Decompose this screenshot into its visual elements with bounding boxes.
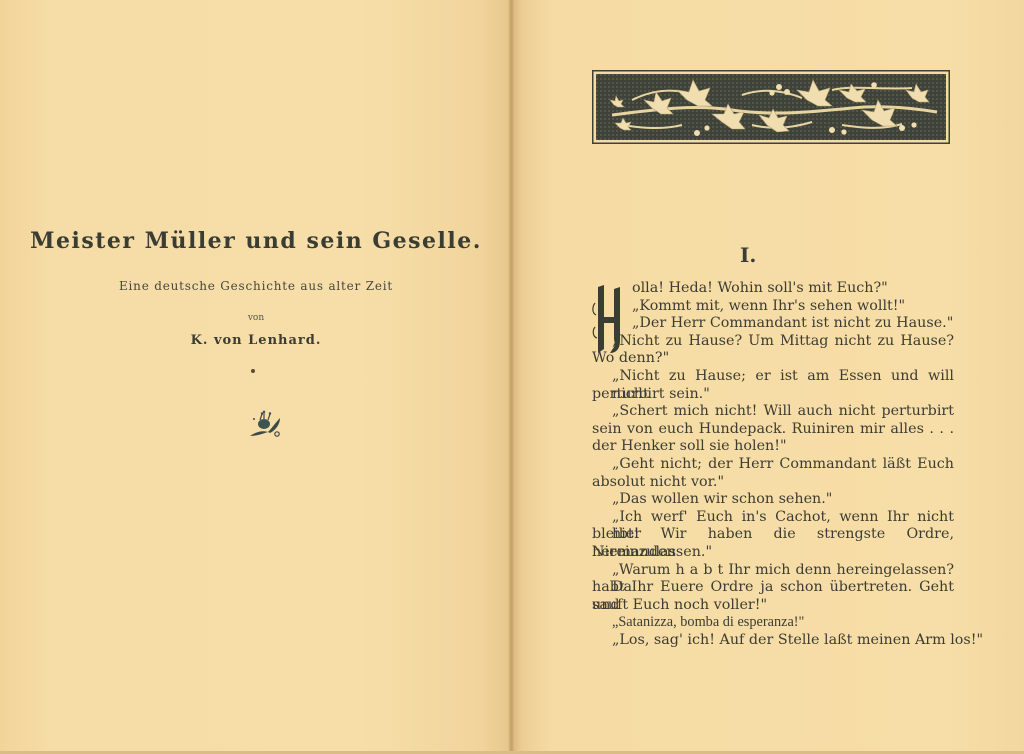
- text-line: „Los, sag' ich! Auf der Stelle laßt mein…: [592, 632, 954, 650]
- text-line: habt Ihr Euere Ordre ja schon übertreten…: [592, 579, 954, 597]
- left-page: Meister Müller und sein Geselle. Eine de…: [0, 0, 512, 754]
- text-line: hereinzulassen.": [592, 544, 954, 562]
- text-line: sauft Euch noch voller!": [592, 597, 954, 615]
- text-line: der Henker soll sie holen!": [592, 438, 954, 456]
- text-line: perturbirt sein.": [592, 386, 954, 404]
- text-line: „Geht nicht; der Herr Commandant läßt Eu…: [592, 456, 954, 474]
- text-line: absolut nicht vor.": [592, 474, 954, 492]
- text-line: „Schert mich nicht! Will auch nicht pert…: [592, 403, 954, 421]
- text-line: olla! Heda! Wohin soll's mit Euch?": [592, 280, 954, 298]
- text-line: bleibt! Wir haben die strengste Ordre, N…: [592, 526, 954, 544]
- text-line: „Das wollen wir schon sehen.": [592, 491, 954, 509]
- text-line: „Kommt mit, wenn Ihr's sehen wollt!": [592, 298, 954, 316]
- text-line: „Der Herr Commandant ist nicht zu Hause.…: [592, 315, 954, 333]
- text-line: „Nicht zu Hause; er ist am Essen und wil…: [592, 368, 954, 386]
- text-line: „Ich werf' Euch in's Cachot, wenn Ihr ni…: [592, 509, 954, 527]
- text-line: „Nicht zu Hause? Um Mittag nicht zu Haus…: [592, 333, 954, 351]
- book-gutter: [508, 0, 514, 754]
- by-label: von: [0, 313, 512, 323]
- ivy-vine-banner-icon: [592, 70, 950, 144]
- flower-vignette-icon: [246, 410, 286, 440]
- text-line-latin: „Satanizza, bomba di esperanza!": [592, 614, 954, 632]
- chapter-body: olla! Heda! Wohin soll's mit Euch?" „Kom…: [592, 280, 954, 649]
- book-subtitle: Eine deutsche Geschichte aus alter Zeit: [0, 279, 512, 293]
- chapter-number: I.: [740, 243, 756, 267]
- ink-speck: [251, 369, 255, 373]
- text-line: sein von euch Hundepack. Ruiniren mir al…: [592, 421, 954, 439]
- text-line: „Warum h a b t Ihr mich denn hereingelas…: [592, 562, 954, 580]
- author-name: K. von Lenhard.: [0, 333, 512, 348]
- book-title: Meister Müller und sein Geselle.: [0, 228, 512, 254]
- text-line: Wo denn?": [592, 350, 954, 368]
